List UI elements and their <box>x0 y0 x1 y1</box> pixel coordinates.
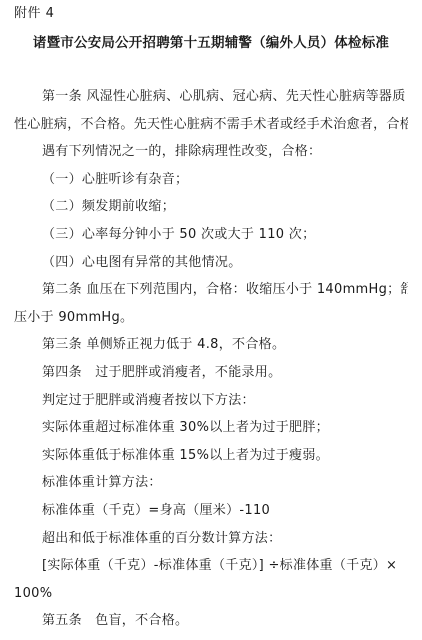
paragraph-line-weight-formula: 标准体重（千克）=身高（厘米）-110 <box>14 497 408 525</box>
annex-label: 附件 4 <box>14 5 408 23</box>
paragraph-line-item2: （二）频发期前收缩； <box>14 193 408 221</box>
paragraph-line-obese-rule: 实际体重超过标准体重 30%以上者为过于肥胖； <box>14 414 408 442</box>
paragraph-line-article4: 第四条 过于肥胖或消瘦者，不能录用。 <box>14 359 408 387</box>
paragraph-line-item3: （三）心率每分钟小于 50 次或大于 110 次； <box>14 221 408 249</box>
paragraph-line-article3: 第三条 单侧矫正视力低于 4.8，不合格。 <box>14 331 408 359</box>
paragraph-line-item1: （一）心脏听诊有杂音； <box>14 166 408 194</box>
paragraph-line-method-intro: 判定过于肥胖或消瘦者按以下方法： <box>14 387 408 415</box>
paragraph-line-article1: 第一条 风湿性心脏病、心肌病、冠心病、先天性心脏病等器质 <box>14 83 408 111</box>
paragraph-line-pct-formula-cont: 100% <box>14 580 408 608</box>
paragraph-line-calc-intro: 标准体重计算方法： <box>14 469 408 497</box>
paragraph-line-article5: 第五条 色盲，不合格。 <box>14 607 408 635</box>
paragraph-line-item4: （四）心电图有异常的其他情况。 <box>14 249 408 277</box>
paragraph-line-conditions: 遇有下列情况之一的，排除病理性改变，合格： <box>14 138 408 166</box>
document-title: 诸暨市公安局公开招聘第十五期辅警（编外人员）体检标准 <box>14 33 408 53</box>
paragraph-line-article1-cont: 性心脏病，不合格。先天性心脏病不需手术者或经手术治愈者，合格。 <box>14 111 408 139</box>
paragraph-line-article2-cont: 压小于 90mmHg。 <box>14 304 408 332</box>
paragraph-line-thin-rule: 实际体重低于标准体重 15%以上者为过于瘦弱。 <box>14 442 408 470</box>
paragraph-line-pct-intro: 超出和低于标准体重的百分数计算方法： <box>14 525 408 553</box>
document-page: 附件 4 诸暨市公安局公开招聘第十五期辅警（编外人员）体检标准 第一条 风湿性心… <box>0 0 422 640</box>
document-body: 第一条 风湿性心脏病、心肌病、冠心病、先天性心脏病等器质 性心脏病，不合格。先天… <box>14 83 408 635</box>
paragraph-line-pct-formula: [实际体重（千克）-标准体重（千克）] ÷标准体重（千克）× <box>14 552 408 580</box>
paragraph-line-article2: 第二条 血压在下列范围内，合格：收缩压小于 140mmHg；舒张 <box>14 276 408 304</box>
